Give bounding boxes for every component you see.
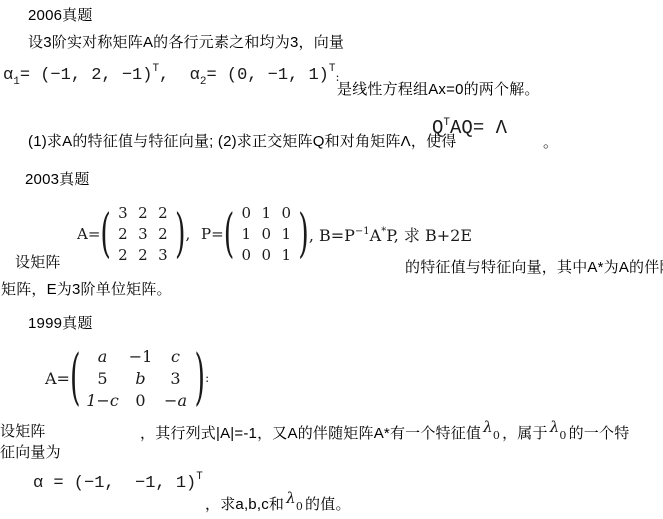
matrix-cell: 3 <box>133 224 153 245</box>
matrix-cell: 3 <box>153 245 173 266</box>
matrix-cell: 5 <box>83 367 123 389</box>
left-paren: ( <box>224 208 235 261</box>
lambda-0: λ0 <box>550 418 567 442</box>
lambda-subscript: 0 <box>559 429 566 442</box>
matrix-cell: 1 <box>256 203 276 224</box>
alpha2-body: = (0, −1, 1) <box>206 66 328 85</box>
alpha1-subscript: 1 <box>13 76 20 88</box>
problem-2003-tail-wrap: 矩阵，E为3阶单位矩阵。 <box>1 278 172 299</box>
matrix-separator: , <box>186 225 196 243</box>
matrix-P-2003: ( 0 1 0 1 0 1 0 0 1 ) <box>224 203 309 266</box>
matrix-cell: 0 <box>236 203 256 224</box>
lambda-symbol: λ <box>286 489 296 507</box>
problem-1999-intro: 设矩阵 <box>0 420 46 441</box>
b-formula-pre: , B=P <box>309 226 355 245</box>
problem-1999-wrap: 征向量为 <box>0 441 61 462</box>
problem-2006-after-vectors: 是线性方程组Ax=0的两个解。 <box>337 78 540 99</box>
matrix-cell: −1 <box>123 345 159 367</box>
problem-2006-intro: 设3阶实对称矩阵A的各行元素之和均为3，向量 <box>28 31 344 52</box>
matrix-cell: 1 <box>276 245 296 266</box>
matrix-cell: 2 <box>153 224 173 245</box>
alpha1-symbol: α <box>3 66 13 85</box>
matrix-A-1999: ( a −1 c 5 b 3 1−c 0 −a ) <box>70 345 205 411</box>
matrix-cell: 0 <box>236 245 256 266</box>
tail-post-text: 的值。 <box>305 496 351 513</box>
qtaq-rest: AQ= Λ <box>450 117 507 139</box>
matrix-line-1999: A= ( a −1 c 5 b 3 1−c 0 −a ) : <box>45 342 209 414</box>
matrix-A-label: A= <box>77 225 100 243</box>
matrix-cell: 3 <box>113 203 133 224</box>
b-formula: , B=P−1A*P, 求 B+2E <box>309 223 472 246</box>
matrix-P-label: P= <box>201 225 224 243</box>
matrix-cell: 1 <box>236 224 256 245</box>
left-paren: ( <box>70 348 81 409</box>
b-formula-post: P, 求 B+2E <box>386 226 472 245</box>
matrix-A-2003: ( 3 2 2 2 3 2 2 2 3 ) <box>100 203 185 266</box>
problem-2006-question: (1)求A的特征值与特征向量; (2)求正交矩阵Q和对角矩阵Λ，使得 <box>28 130 457 151</box>
vector-formula-2006: α1= (−1, 2, −1)T, α2= (0, −1, 1)T: <box>3 63 340 88</box>
alpha-vector-formula: α = (−1, −1, 1)T <box>33 471 203 493</box>
matrix-A-label-1999: A= <box>45 369 70 388</box>
problem-2003-intro: 设矩阵 <box>15 251 61 272</box>
lambda-symbol: λ <box>550 418 560 436</box>
lambda-symbol: λ <box>483 418 493 436</box>
problem-1999-tail: ，求a,b,c和λ0的值。 <box>205 489 351 514</box>
problem-1999-title: 1999真题 <box>28 312 93 333</box>
matrix-cell: −a <box>159 389 193 411</box>
alpha-body: = (−1, −1, 1) <box>43 474 196 493</box>
lambda-0: λ0 <box>286 489 303 513</box>
alpha2-transpose: T <box>329 63 336 75</box>
matrix-cell: 2 <box>113 245 133 266</box>
alpha2-symbol: α <box>190 66 200 85</box>
matrix-cell: 1−c <box>83 389 123 411</box>
exam-document: 2006真题 设3阶实对称矩阵A的各行元素之和均为3，向量 α1= (−1, 2… <box>0 0 663 519</box>
q-symbol: Q <box>432 117 443 139</box>
matrix-cell: 3 <box>159 367 193 389</box>
matrix-P-grid: 0 1 0 1 0 1 0 0 1 <box>236 203 296 266</box>
tail-pre-text: ，求a,b,c和 <box>205 496 284 513</box>
qtaq-formula: QTAQ= Λ <box>432 117 507 139</box>
matrix-cell: b <box>123 367 159 389</box>
matrix-cell: 0 <box>276 203 296 224</box>
vector-separator: , <box>159 66 190 85</box>
right-paren: ) <box>175 208 186 261</box>
lambda-0: λ0 <box>483 418 500 442</box>
problem-2003-tail-right: 的特征值与特征向量，其中A*为A的伴随 <box>405 256 663 277</box>
matrix-cell: 0 <box>256 245 276 266</box>
alpha-symbol: α <box>33 474 43 493</box>
lambda-subscript: 0 <box>296 500 303 513</box>
matrix-cell: a <box>83 345 123 367</box>
after-lambda-text: 的一个特 <box>569 425 630 442</box>
matrix-A-1999-grid: a −1 c 5 b 3 1−c 0 −a <box>83 345 193 411</box>
problem-1999-line1: ，其行列式|A|=-1，又A的伴随矩阵A*有一个特征值λ0，属于λ0的一个特 <box>140 418 629 443</box>
p-inverse-exponent: −1 <box>355 226 370 237</box>
matrix-cell: c <box>159 345 193 367</box>
matrix-cell: 2 <box>133 203 153 224</box>
matrix-cell: 2 <box>113 224 133 245</box>
between-text: ，属于 <box>502 425 548 442</box>
after-matrix-text: ，其行列式|A|=-1，又A的伴随矩阵A*有一个特征值 <box>140 425 481 442</box>
problem-2006-title: 2006真题 <box>28 4 93 25</box>
lambda-subscript: 0 <box>493 429 500 442</box>
matrix-cell: 1 <box>276 224 296 245</box>
matrix-cell: 0 <box>123 389 159 411</box>
matrix-A-grid: 3 2 2 2 3 2 2 2 3 <box>113 203 173 266</box>
left-paren: ( <box>100 208 111 261</box>
matrix-cell: 2 <box>133 245 153 266</box>
right-paren: ) <box>195 348 206 409</box>
matrix-tail-mark: : <box>205 371 209 385</box>
right-paren: ) <box>298 208 309 261</box>
alpha-transpose: T <box>196 471 203 483</box>
alpha1-body: = (−1, 2, −1) <box>20 66 153 85</box>
problem-2003-title: 2003真题 <box>25 168 90 189</box>
problem-2006-period: 。 <box>543 131 558 152</box>
matrix-cell: 0 <box>256 224 276 245</box>
matrix-cell: 2 <box>153 203 173 224</box>
b-formula-mid: A <box>370 226 382 245</box>
